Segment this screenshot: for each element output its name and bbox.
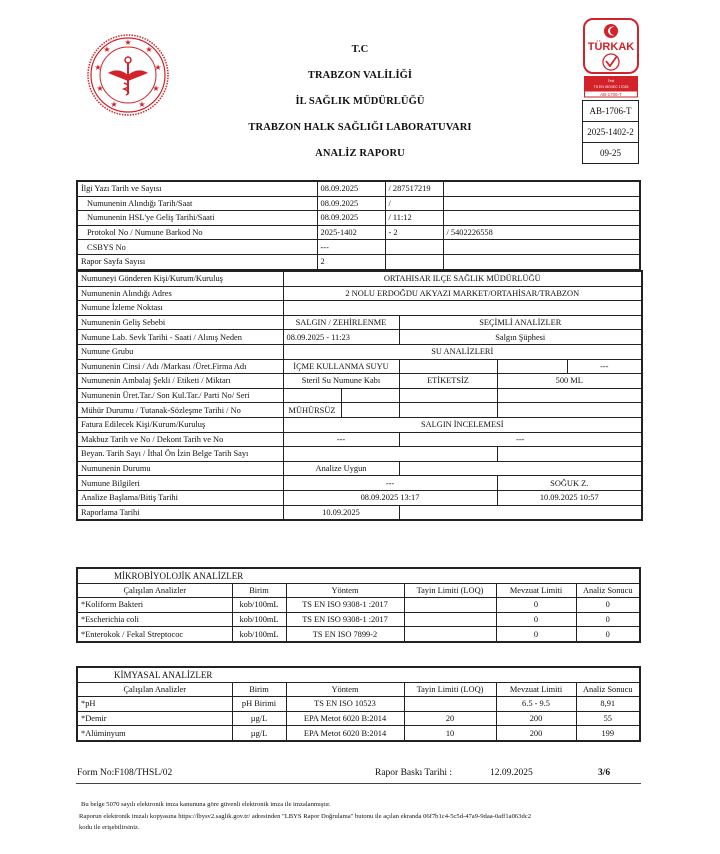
info-row: Rapor Sayfa Sayısı2 bbox=[77, 254, 640, 269]
svg-text:★: ★ bbox=[124, 38, 131, 47]
table-cell: Numunenin Üret.Tar./ Son Kul.Tar./ Parti… bbox=[77, 388, 283, 403]
sample-table: Numuneyi Gönderen Kişi/Kurum/KuruluşORTA… bbox=[76, 270, 643, 521]
svg-text:★: ★ bbox=[94, 63, 101, 72]
table-cell: SALGIN / ZEHİRLENME bbox=[283, 315, 399, 330]
table-cell: SU ANALİZLERİ bbox=[283, 344, 642, 359]
table-row: MİKROBİYOLOJİK ANALİZLER bbox=[77, 568, 640, 583]
analysis-cell bbox=[404, 697, 496, 712]
table-cell: --- bbox=[567, 359, 642, 374]
turkak-accreditation-logo: TÜRKAK Test TS EN ISO/IEC 17025 AB-1706-… bbox=[583, 18, 639, 103]
analysis-cell: EPA Metot 6020 B:2014 bbox=[286, 711, 404, 726]
analysis-cell: 10 bbox=[404, 726, 496, 741]
table-cell: Mühür Durumu / Tutanak-Sözleşme Tarihi /… bbox=[77, 403, 283, 418]
info-value bbox=[443, 211, 640, 226]
analysis-cell: 0 bbox=[576, 627, 640, 642]
sample-row-details: Numune Bilgileri---SOĞUK Z. bbox=[77, 476, 642, 491]
analysis-cell: µg/L bbox=[232, 711, 286, 726]
info-row: CSBYS No--- bbox=[77, 240, 640, 255]
table-cell: Numune Bilgileri bbox=[77, 476, 283, 491]
analysis-name: *Alüminyum bbox=[77, 726, 232, 741]
sender-value: ORTAHISAR ILÇE SAĞLIK MÜDÜRLÜĞÜ bbox=[283, 271, 642, 286]
analysis-cell: 8,91 bbox=[576, 697, 640, 712]
table-cell: ETİKETSİZ bbox=[399, 374, 497, 389]
column-header: Çalışılan Analizler bbox=[77, 583, 232, 598]
table-cell bbox=[497, 403, 642, 418]
table-cell: Salgın Şüphesi bbox=[399, 330, 642, 345]
protocol-code: 2025-1402-2 bbox=[583, 122, 639, 143]
table-cell: Numunenin Geliş Sebebi bbox=[77, 315, 283, 330]
table-cell: Numune Grubu bbox=[77, 344, 283, 359]
table-cell: Beyan. Tarih Sayı / İthal Ön İzin Belge … bbox=[77, 447, 283, 462]
footer-divider bbox=[76, 783, 641, 784]
chemical-title: KİMYASAL ANALİZLER bbox=[77, 667, 640, 682]
svg-text:TS EN ISO/IEC 17025: TS EN ISO/IEC 17025 bbox=[594, 85, 629, 89]
table-cell bbox=[399, 505, 642, 520]
analysis-cell: 0 bbox=[576, 598, 640, 613]
analysis-cell bbox=[404, 612, 496, 627]
table-cell bbox=[341, 403, 399, 418]
table-cell: Numune İzleme Noktası bbox=[77, 301, 283, 316]
analysis-cell bbox=[404, 598, 496, 613]
info-row: Numunenin Alındığı Tarih/Saat08.09.2025/ bbox=[77, 196, 640, 211]
info-value bbox=[385, 254, 443, 269]
info-label: Rapor Sayfa Sayısı bbox=[77, 254, 317, 269]
address-value: 2 NOLU ERDOĞDU AKYAZI MARKET/ORTAHİSAR/T… bbox=[283, 286, 642, 301]
info-label: Protokol No / Numune Barkod No bbox=[77, 225, 317, 240]
analysis-row: *Alüminyumµg/LEPA Metot 6020 B:201410200… bbox=[77, 726, 640, 741]
sample-row-status: Numunenin DurumuAnalize Uygun bbox=[77, 461, 642, 476]
svg-text:★: ★ bbox=[145, 45, 152, 54]
table-cell: 10.09.2025 bbox=[283, 505, 399, 520]
table-cell bbox=[399, 461, 642, 476]
column-header: Yöntem bbox=[286, 682, 404, 697]
sample-row-production: Numunenin Üret.Tar./ Son Kul.Tar./ Parti… bbox=[77, 388, 642, 403]
microbiology-header: Çalışılan AnalizlerBirimYöntemTayin Limi… bbox=[77, 583, 640, 598]
info-label: Numunenin Alındığı Tarih/Saat bbox=[77, 196, 317, 211]
analysis-name: *Enterokok / Fekal Streptococ bbox=[77, 627, 232, 642]
table-cell bbox=[341, 388, 399, 403]
e-signature-note: Bu belge 5070 sayılı elektronik imza kan… bbox=[81, 799, 331, 810]
table-row: 09-25 bbox=[583, 143, 639, 164]
analysis-cell: EPA Metot 6020 B:2014 bbox=[286, 726, 404, 741]
microbiology-title: MİKROBİYOLOJİK ANALİZLER bbox=[77, 568, 640, 583]
analysis-cell: pH Birimi bbox=[232, 697, 286, 712]
svg-text:AB-1706-T: AB-1706-T bbox=[600, 92, 622, 97]
table-cell bbox=[399, 403, 497, 418]
sample-row-seal: Mühür Durumu / Tutanak-Sözleşme Tarihi /… bbox=[77, 403, 642, 418]
analysis-cell: 0 bbox=[496, 598, 576, 613]
svg-text:★: ★ bbox=[154, 63, 161, 72]
verification-note: Raporun elektronik imzalı kopyasına http… bbox=[79, 811, 531, 822]
column-header: Mevzuat Limiti bbox=[496, 682, 576, 697]
info-value: --- bbox=[317, 240, 385, 255]
table-cell bbox=[399, 359, 497, 374]
header-laboratory: TRABZON HALK SAĞLIĞI LABORATUVARI bbox=[200, 122, 520, 133]
table-cell: Numunenin Cinsi / Adı /Markası /Üret.Fir… bbox=[77, 359, 283, 374]
svg-text:Test: Test bbox=[608, 79, 614, 83]
form-number: Form No:F108/THSL/02 bbox=[77, 768, 172, 778]
info-row: Numunenin HSL'ye Geliş Tarihi/Saati08.09… bbox=[77, 211, 640, 226]
month-code: 09-25 bbox=[583, 143, 639, 164]
info-value: / 5402226558 bbox=[443, 225, 640, 240]
page-number: 3/6 bbox=[598, 768, 610, 778]
sample-row-receipt: Makbuz Tarih ve No / Dekont Tarih ve No-… bbox=[77, 432, 642, 447]
table-cell bbox=[283, 301, 642, 316]
sample-row-dates: Analize Başlama/Bitiş Tarihi08.09.2025 1… bbox=[77, 490, 642, 505]
analysis-name: *Escherichia coli bbox=[77, 612, 232, 627]
analysis-name: *Koliform Bakteri bbox=[77, 598, 232, 613]
sample-row-kind: Numunenin Cinsi / Adı /Markası /Üret.Fir… bbox=[77, 359, 642, 374]
analysis-cell: TS EN ISO 9308-1 :2017 bbox=[286, 598, 404, 613]
sample-row-group: Numune GrubuSU ANALİZLERİ bbox=[77, 344, 642, 359]
analysis-cell: kob/100mL bbox=[232, 612, 286, 627]
table-cell bbox=[399, 388, 497, 403]
analysis-row: *Koliform Bakterikob/100mLTS EN ISO 9308… bbox=[77, 598, 640, 613]
table-cell: 08.09.2025 13:17 bbox=[283, 490, 497, 505]
info-value bbox=[385, 240, 443, 255]
table-row: 2025-1402-2 bbox=[583, 122, 639, 143]
analysis-cell: 0 bbox=[576, 612, 640, 627]
sample-row-monitor: Numune İzleme Noktası bbox=[77, 301, 642, 316]
verification-note-cont: kodu ile erişebilirsiniz. bbox=[79, 822, 140, 833]
info-table: İlgi Yazı Tarih ve Sayısı08.09.2025/ 287… bbox=[76, 180, 641, 271]
analysis-cell: 55 bbox=[576, 711, 640, 726]
print-date-label: Rapor Baskı Tarihi : bbox=[375, 768, 452, 778]
table-row: AB-1706-T bbox=[583, 101, 639, 122]
analysis-cell: µg/L bbox=[232, 726, 286, 741]
print-date: 12.09.2025 bbox=[490, 768, 533, 778]
column-header: Birim bbox=[232, 682, 286, 697]
analysis-cell: 200 bbox=[496, 711, 576, 726]
report-codes-box: AB-1706-T 2025-1402-2 09-25 bbox=[582, 100, 639, 164]
chemical-table: KİMYASAL ANALİZLER Çalışılan AnalizlerBi… bbox=[76, 666, 641, 742]
analysis-cell: 199 bbox=[576, 726, 640, 741]
sample-row-reason: Numunenin Geliş SebebiSALGIN / ZEHİRLENM… bbox=[77, 315, 642, 330]
info-label: Numunenin HSL'ye Geliş Tarihi/Saati bbox=[77, 211, 317, 226]
table-cell: Numunenin Alındığı Adres bbox=[77, 286, 283, 301]
svg-text:★: ★ bbox=[110, 100, 117, 109]
column-header: Analiz Sonucu bbox=[576, 682, 640, 697]
table-cell: 500 ML bbox=[497, 374, 642, 389]
svg-text:★: ★ bbox=[138, 100, 145, 109]
table-row: KİMYASAL ANALİZLER bbox=[77, 667, 640, 682]
analysis-name: *Demir bbox=[77, 711, 232, 726]
table-cell: Numunenin Ambalaj Şekli / Etiketi / Mikt… bbox=[77, 374, 283, 389]
analysis-cell: 200 bbox=[496, 726, 576, 741]
analysis-row: *Demirµg/LEPA Metot 6020 B:20142020055 bbox=[77, 711, 640, 726]
table-cell: Numune Lab. Sevk Tarihi - Saati / Alınış… bbox=[77, 330, 283, 345]
analysis-cell: kob/100mL bbox=[232, 627, 286, 642]
header-tc: T.C bbox=[200, 44, 520, 55]
info-value bbox=[443, 181, 640, 196]
table-cell: --- bbox=[399, 432, 642, 447]
column-header: Birim bbox=[232, 583, 286, 598]
table-cell bbox=[283, 388, 341, 403]
analysis-cell: TS EN ISO 10523 bbox=[286, 697, 404, 712]
table-cell: Makbuz Tarih ve No / Dekont Tarih ve No bbox=[77, 432, 283, 447]
table-cell bbox=[497, 447, 642, 462]
analysis-cell bbox=[404, 627, 496, 642]
sample-row-report-date: Raporlama Tarihi10.09.2025 bbox=[77, 505, 642, 520]
analysis-row: *Enterokok / Fekal Streptocockob/100mLTS… bbox=[77, 627, 640, 642]
analysis-cell: kob/100mL bbox=[232, 598, 286, 613]
column-header: Mevzuat Limiti bbox=[496, 583, 576, 598]
header-valilik: TRABZON VALİLİĞİ bbox=[200, 70, 520, 81]
svg-text:★: ★ bbox=[103, 45, 110, 54]
table-cell bbox=[497, 359, 567, 374]
table-cell: Analize Başlama/Bitiş Tarihi bbox=[77, 490, 283, 505]
table-cell: Raporlama Tarihi bbox=[77, 505, 283, 520]
table-cell: Analize Uygun bbox=[283, 461, 399, 476]
analysis-cell: 20 bbox=[404, 711, 496, 726]
table-cell bbox=[497, 388, 642, 403]
analysis-cell: 6.5 - 9.5 bbox=[496, 697, 576, 712]
info-value: 2 bbox=[317, 254, 385, 269]
accreditation-code: AB-1706-T bbox=[583, 101, 639, 122]
svg-text:★: ★ bbox=[96, 84, 103, 93]
table-cell: 08.09.2025 - 11:23 bbox=[283, 330, 399, 345]
table-cell: Fatura Edilecek Kişi/Kurum/Kuruluş bbox=[77, 417, 283, 432]
info-value: 08.09.2025 bbox=[317, 211, 385, 226]
sample-row-sender: Numuneyi Gönderen Kişi/Kurum/KuruluşORTA… bbox=[77, 271, 642, 286]
table-cell: SALGIN İNCELEMESİ bbox=[283, 417, 642, 432]
header-mudurluk: İL SAĞLIK MÜDÜRLÜĞÜ bbox=[200, 96, 520, 107]
info-value bbox=[443, 196, 640, 211]
table-cell: SOĞUK Z. bbox=[497, 476, 642, 491]
svg-text:TÜRKAK: TÜRKAK bbox=[588, 40, 634, 53]
info-label: İlgi Yazı Tarih ve Sayısı bbox=[77, 181, 317, 196]
sample-row-package: Numunenin Ambalaj Şekli / Etiketi / Mikt… bbox=[77, 374, 642, 389]
header-report-title: ANALİZ RAPORU bbox=[200, 148, 520, 159]
sample-row-address: Numunenin Alındığı Adres2 NOLU ERDOĞDU A… bbox=[77, 286, 642, 301]
info-value: / 287517219 bbox=[385, 181, 443, 196]
info-label: CSBYS No bbox=[77, 240, 317, 255]
column-header: Yöntem bbox=[286, 583, 404, 598]
table-cell: MÜHÜRSÜZ bbox=[283, 403, 341, 418]
info-value: 08.09.2025 bbox=[317, 196, 385, 211]
column-header: Tayin Limiti (LOQ) bbox=[404, 682, 496, 697]
info-value: / bbox=[385, 196, 443, 211]
table-cell: SEÇİMLİ ANALİZLER bbox=[399, 315, 642, 330]
table-cell: Steril Su Numune Kabı bbox=[283, 374, 399, 389]
microbiology-table: MİKROBİYOLOJİK ANALİZLER Çalışılan Anali… bbox=[76, 567, 641, 643]
table-cell: --- bbox=[283, 432, 399, 447]
analysis-cell: TS EN ISO 7899-2 bbox=[286, 627, 404, 642]
info-row: İlgi Yazı Tarih ve Sayısı08.09.2025/ 287… bbox=[77, 181, 640, 196]
ministry-seal-logo: ★★★ ★★★ ★★★ bbox=[86, 33, 170, 117]
table-cell: Numunenin Durumu bbox=[77, 461, 283, 476]
analysis-cell: 0 bbox=[496, 627, 576, 642]
column-header: Çalışılan Analizler bbox=[77, 682, 232, 697]
analysis-row: *Escherichia colikob/100mLTS EN ISO 9308… bbox=[77, 612, 640, 627]
sample-row-shipment: Numune Lab. Sevk Tarihi - Saati / Alınış… bbox=[77, 330, 642, 345]
info-row: Protokol No / Numune Barkod No2025-1402-… bbox=[77, 225, 640, 240]
chemical-header: Çalışılan AnalizlerBirimYöntemTayin Limi… bbox=[77, 682, 640, 697]
info-value: 2025-1402 bbox=[317, 225, 385, 240]
analysis-row: *pHpH BirimiTS EN ISO 105236.5 - 9.58,91 bbox=[77, 697, 640, 712]
column-header: Tayin Limiti (LOQ) bbox=[404, 583, 496, 598]
table-cell: Numuneyi Gönderen Kişi/Kurum/Kuruluş bbox=[77, 271, 283, 286]
analysis-cell: 0 bbox=[496, 612, 576, 627]
info-value: / 11:12 bbox=[385, 211, 443, 226]
analysis-cell: TS EN ISO 9308-1 :2017 bbox=[286, 612, 404, 627]
column-header: Analiz Sonucu bbox=[576, 583, 640, 598]
svg-text:★: ★ bbox=[152, 84, 159, 93]
info-value: - 2 bbox=[385, 225, 443, 240]
table-cell bbox=[283, 447, 497, 462]
info-value bbox=[443, 254, 640, 269]
info-value bbox=[443, 240, 640, 255]
sample-row-invoice: Fatura Edilecek Kişi/Kurum/KuruluşSALGIN… bbox=[77, 417, 642, 432]
table-cell: İÇME KULLANMA SUYU bbox=[283, 359, 399, 374]
sample-row-declaration: Beyan. Tarih Sayı / İthal Ön İzin Belge … bbox=[77, 447, 642, 462]
info-value: 08.09.2025 bbox=[317, 181, 385, 196]
table-cell: 10.09.2025 10:57 bbox=[497, 490, 642, 505]
table-cell: --- bbox=[283, 476, 497, 491]
analysis-name: *pH bbox=[77, 697, 232, 712]
